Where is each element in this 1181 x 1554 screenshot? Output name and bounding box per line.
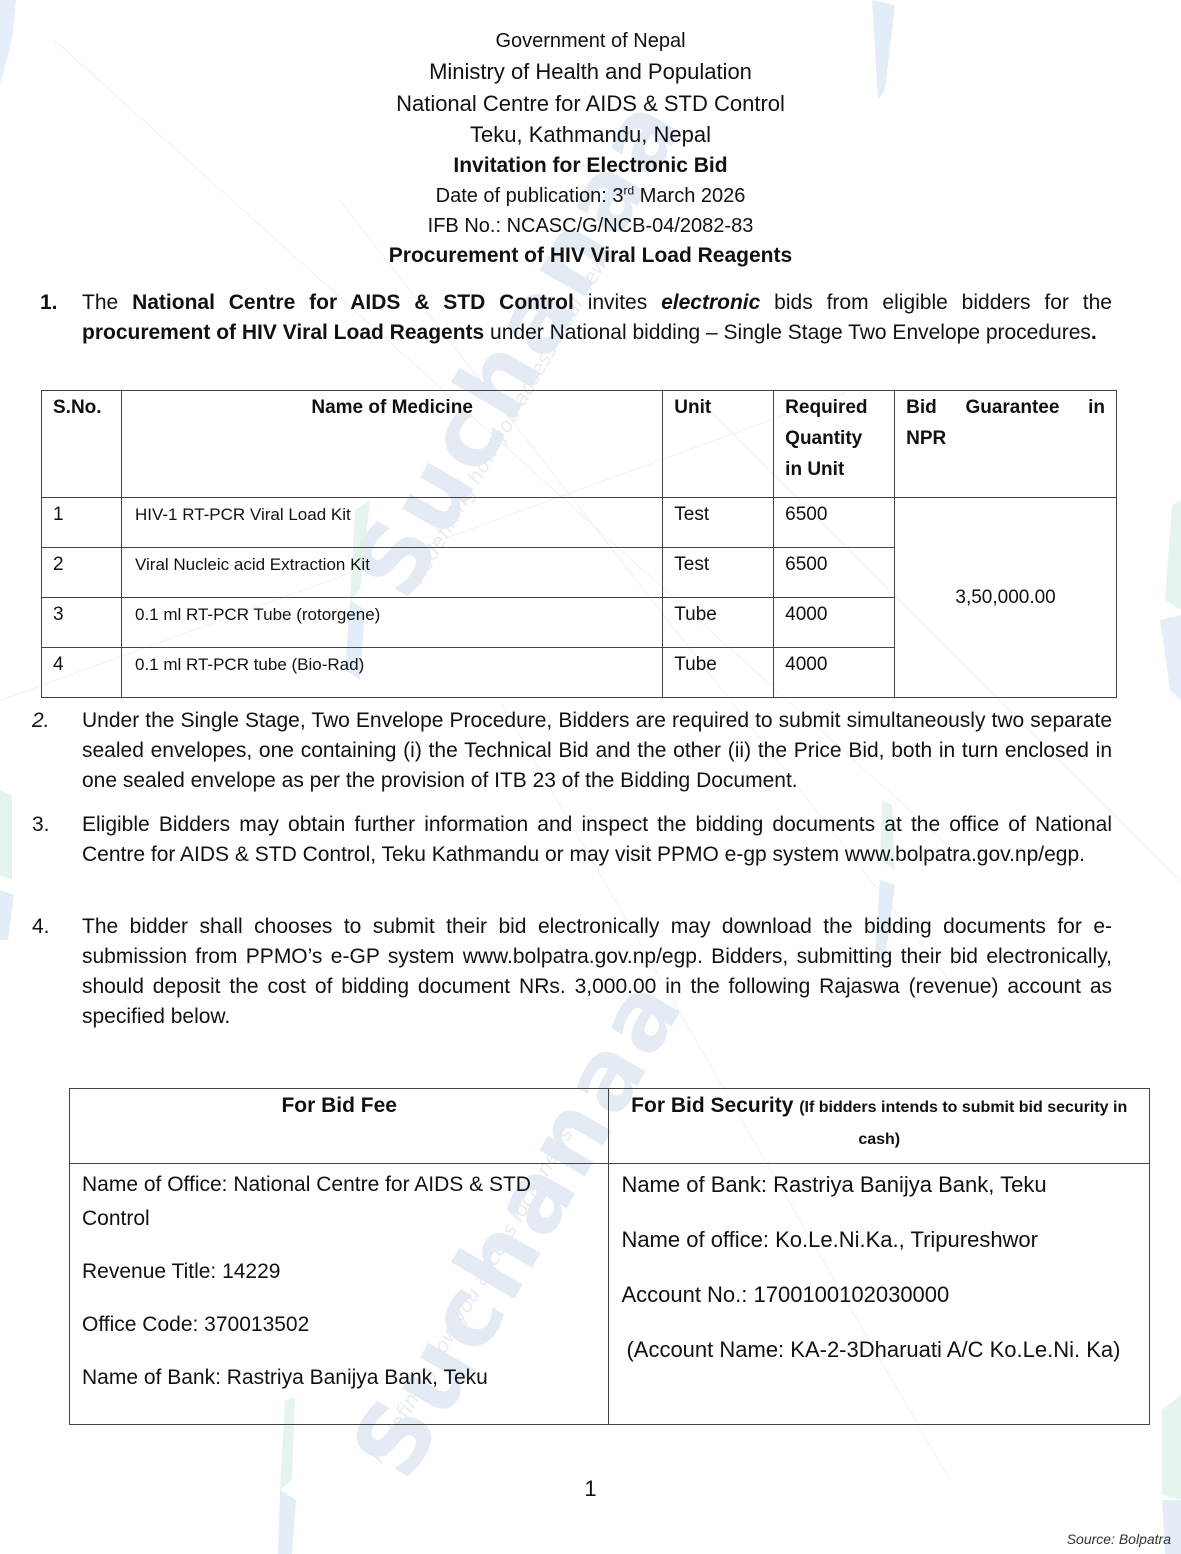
paragraph-2: 2. Under the Single Stage, Two Envelope … (82, 706, 1112, 796)
procurement-subject: Procurement of HIV Viral Load Reagents (0, 241, 1181, 271)
cell-name: 0.1 ml RT-PCR tube (Bio-Rad) (121, 648, 662, 698)
page-number: 1 (0, 1476, 1181, 1502)
header-sno: S.No. (42, 391, 122, 498)
fee-office-code: Office Code: 370013502 (82, 1308, 596, 1342)
cell-name: Viral Nucleic acid Extraction Kit (121, 548, 662, 598)
cell-name: 0.1 ml RT-PCR Tube (rotorgene) (121, 598, 662, 648)
paragraph-number: 3. (32, 810, 50, 840)
header-unit: Unit (663, 391, 774, 498)
account-header-row: For Bid Fee For Bid Security (If bidders… (70, 1089, 1150, 1164)
header-name: Name of Medicine (121, 391, 662, 498)
cell-sno: 4 (42, 648, 122, 698)
header-guarantee: Bid Guarantee inNPR (895, 391, 1117, 498)
bold-italic-text: electronic (661, 291, 760, 314)
table-header-row: S.No. Name of Medicine Unit Required Qua… (42, 391, 1117, 498)
bold-text: procurement of HIV Viral Load Reagents (82, 321, 484, 344)
cell-sno: 1 (42, 498, 122, 548)
paragraph-text: Eligible Bidders may obtain further info… (82, 813, 1112, 866)
text: invites (574, 291, 661, 314)
bid-security-details: Name of Bank: Rastriya Banijya Bank, Tek… (609, 1164, 1150, 1425)
notice-header: Government of Nepal Ministry of Health a… (0, 26, 1181, 271)
cell-qty: 6500 (774, 498, 895, 548)
table-row: 1 HIV-1 RT-PCR Viral Load Kit Test 6500 … (42, 498, 1117, 548)
cell-name: HIV-1 RT-PCR Viral Load Kit (121, 498, 662, 548)
centre-line: National Centre for AIDS & STD Control (0, 88, 1181, 120)
security-header-title: For Bid Security (631, 1094, 793, 1117)
paragraph-number: 2. (32, 706, 50, 736)
bid-fee-header: For Bid Fee (70, 1089, 609, 1164)
source-credit: Source: Bolpatra (1067, 1531, 1171, 1547)
paragraph-text: Under the Single Stage, Two Envelope Pro… (82, 709, 1112, 792)
bold-text: National Centre for AIDS & STD Control (132, 291, 574, 314)
text: under National bidding – Single Stage Tw… (484, 321, 1091, 344)
security-account-no: Account No.: 1700100102030000 (621, 1278, 1137, 1312)
cell-sno: 2 (42, 548, 122, 598)
bid-fee-details: Name of Office: National Centre for AIDS… (70, 1164, 609, 1425)
account-table: For Bid Fee For Bid Security (If bidders… (69, 1088, 1150, 1425)
security-office: Name of office: Ko.Le.Ni.Ka., Tripureshw… (621, 1223, 1137, 1257)
security-header-note: (If bidders intends to submit bid securi… (799, 1099, 1127, 1148)
cell-qty: 4000 (774, 648, 895, 698)
security-bank: Name of Bank: Rastriya Banijya Bank, Tek… (621, 1168, 1137, 1202)
cell-qty: 4000 (774, 598, 895, 648)
date-suffix: March 2026 (634, 185, 745, 207)
cell-unit: Tube (663, 648, 774, 698)
notice-title: Invitation for Electronic Bid (0, 151, 1181, 181)
cell-qty: 6500 (774, 548, 895, 598)
cell-unit: Test (663, 498, 774, 548)
items-table: S.No. Name of Medicine Unit Required Qua… (41, 390, 1117, 698)
cell-bid-guarantee: 3,50,000.00 (895, 498, 1117, 698)
text: bids from eligible bidders for the (760, 291, 1112, 314)
paragraph-3: 3. Eligible Bidders may obtain further i… (82, 810, 1112, 870)
paragraph-number: 4. (32, 912, 50, 942)
cell-unit: Test (663, 548, 774, 598)
paragraph-4: 4. The bidder shall chooses to submit th… (82, 912, 1112, 1032)
fee-bank: Name of Bank: Rastriya Banijya Bank, Tek… (82, 1361, 596, 1395)
ifb-number: IFB No.: NCASC/G/NCB-04/2082-83 (0, 211, 1181, 241)
date-prefix: Date of publication: 3 (436, 185, 624, 207)
security-account-name: (Account Name: KA-2-3Dharuati A/C Ko.Le.… (621, 1333, 1137, 1367)
publication-date: Date of publication: 3rd March 2026 (0, 181, 1181, 211)
address-line: Teku, Kathmandu, Nepal (0, 119, 1181, 151)
text: The (82, 291, 132, 314)
date-sup: rd (624, 183, 635, 197)
bid-security-header: For Bid Security (If bidders intends to … (609, 1089, 1150, 1164)
paragraph-text: The bidder shall chooses to submit their… (82, 915, 1112, 1028)
paragraph-1: 1. The National Centre for AIDS & STD Co… (82, 288, 1112, 348)
fee-office: Name of Office: National Centre for AIDS… (82, 1168, 596, 1236)
fee-revenue-title: Revenue Title: 14229 (82, 1255, 596, 1289)
cell-unit: Tube (663, 598, 774, 648)
ministry-line: Ministry of Health and Population (0, 56, 1181, 88)
header-qty: Required Quantity in Unit (774, 391, 895, 498)
paragraph-number: 1. (40, 288, 58, 318)
cell-sno: 3 (42, 598, 122, 648)
account-details-row: Name of Office: National Centre for AIDS… (70, 1164, 1150, 1425)
government-line: Government of Nepal (0, 26, 1181, 56)
guarantee-line1: Bid Guarantee in (906, 392, 1105, 423)
bold-text: . (1091, 321, 1097, 344)
guarantee-line2: NPR (906, 423, 1105, 454)
